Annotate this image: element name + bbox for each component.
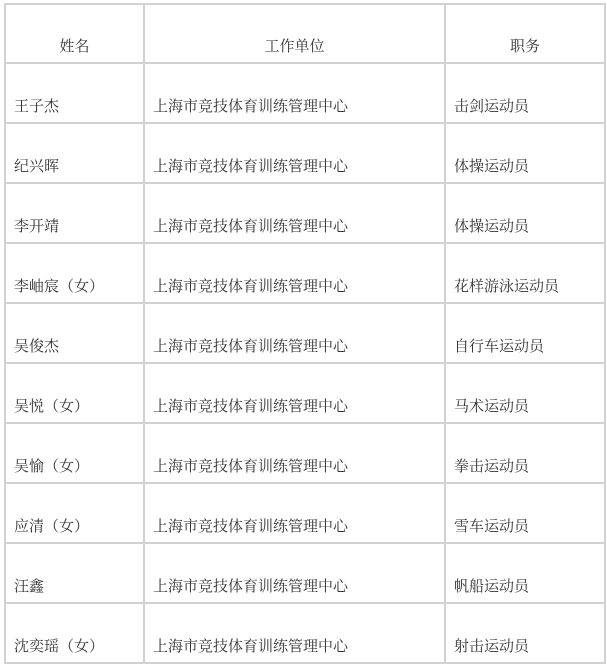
table-row: 应清（女） 上海市竞技体育训练管理中心 雪车运动员: [5, 483, 605, 543]
athlete-roster-table: 姓名 工作单位 职务 王子杰 上海市竞技体育训练管理中心 击剑运动员 纪兴晖 上…: [4, 3, 606, 664]
table-header-row: 姓名 工作单位 职务: [5, 4, 605, 63]
cell-work-unit: 上海市竞技体育训练管理中心: [144, 123, 445, 183]
cell-position: 帆船运动员: [445, 543, 605, 603]
table-row: 纪兴晖 上海市竞技体育训练管理中心 体操运动员: [5, 123, 605, 183]
cell-work-unit: 上海市竞技体育训练管理中心: [144, 63, 445, 123]
cell-name: 汪鑫: [5, 543, 144, 603]
cell-position: 击剑运动员: [445, 63, 605, 123]
cell-name: 吴俊杰: [5, 303, 144, 363]
cell-position: 拳击运动员: [445, 423, 605, 483]
cell-work-unit: 上海市竞技体育训练管理中心: [144, 483, 445, 543]
cell-name: 王子杰: [5, 63, 144, 123]
header-name: 姓名: [5, 4, 144, 63]
table-row: 吴愉（女） 上海市竞技体育训练管理中心 拳击运动员: [5, 423, 605, 483]
cell-name: 纪兴晖: [5, 123, 144, 183]
cell-position: 马术运动员: [445, 363, 605, 423]
cell-position: 雪车运动员: [445, 483, 605, 543]
header-work-unit: 工作单位: [144, 4, 445, 63]
cell-work-unit: 上海市竞技体育训练管理中心: [144, 303, 445, 363]
cell-position: 射击运动员: [445, 603, 605, 663]
table-row: 李岫宸（女） 上海市竞技体育训练管理中心 花样游泳运动员: [5, 243, 605, 303]
cell-name: 吴悦（女）: [5, 363, 144, 423]
cell-name: 李岫宸（女）: [5, 243, 144, 303]
cell-work-unit: 上海市竞技体育训练管理中心: [144, 543, 445, 603]
cell-work-unit: 上海市竞技体育训练管理中心: [144, 423, 445, 483]
table-row: 汪鑫 上海市竞技体育训练管理中心 帆船运动员: [5, 543, 605, 603]
cell-work-unit: 上海市竞技体育训练管理中心: [144, 363, 445, 423]
cell-name: 沈奕瑶（女）: [5, 603, 144, 663]
cell-work-unit: 上海市竞技体育训练管理中心: [144, 603, 445, 663]
header-position: 职务: [445, 4, 605, 63]
cell-name: 李开靖: [5, 183, 144, 243]
cell-position: 自行车运动员: [445, 303, 605, 363]
cell-position: 花样游泳运动员: [445, 243, 605, 303]
table-row: 李开靖 上海市竞技体育训练管理中心 体操运动员: [5, 183, 605, 243]
cell-name: 应清（女）: [5, 483, 144, 543]
table-row: 吴悦（女） 上海市竞技体育训练管理中心 马术运动员: [5, 363, 605, 423]
cell-work-unit: 上海市竞技体育训练管理中心: [144, 243, 445, 303]
cell-work-unit: 上海市竞技体育训练管理中心: [144, 183, 445, 243]
cell-name: 吴愉（女）: [5, 423, 144, 483]
table-row: 王子杰 上海市竞技体育训练管理中心 击剑运动员: [5, 63, 605, 123]
cell-position: 体操运动员: [445, 123, 605, 183]
table-row: 吴俊杰 上海市竞技体育训练管理中心 自行车运动员: [5, 303, 605, 363]
table-row: 沈奕瑶（女） 上海市竞技体育训练管理中心 射击运动员: [5, 603, 605, 663]
cell-position: 体操运动员: [445, 183, 605, 243]
